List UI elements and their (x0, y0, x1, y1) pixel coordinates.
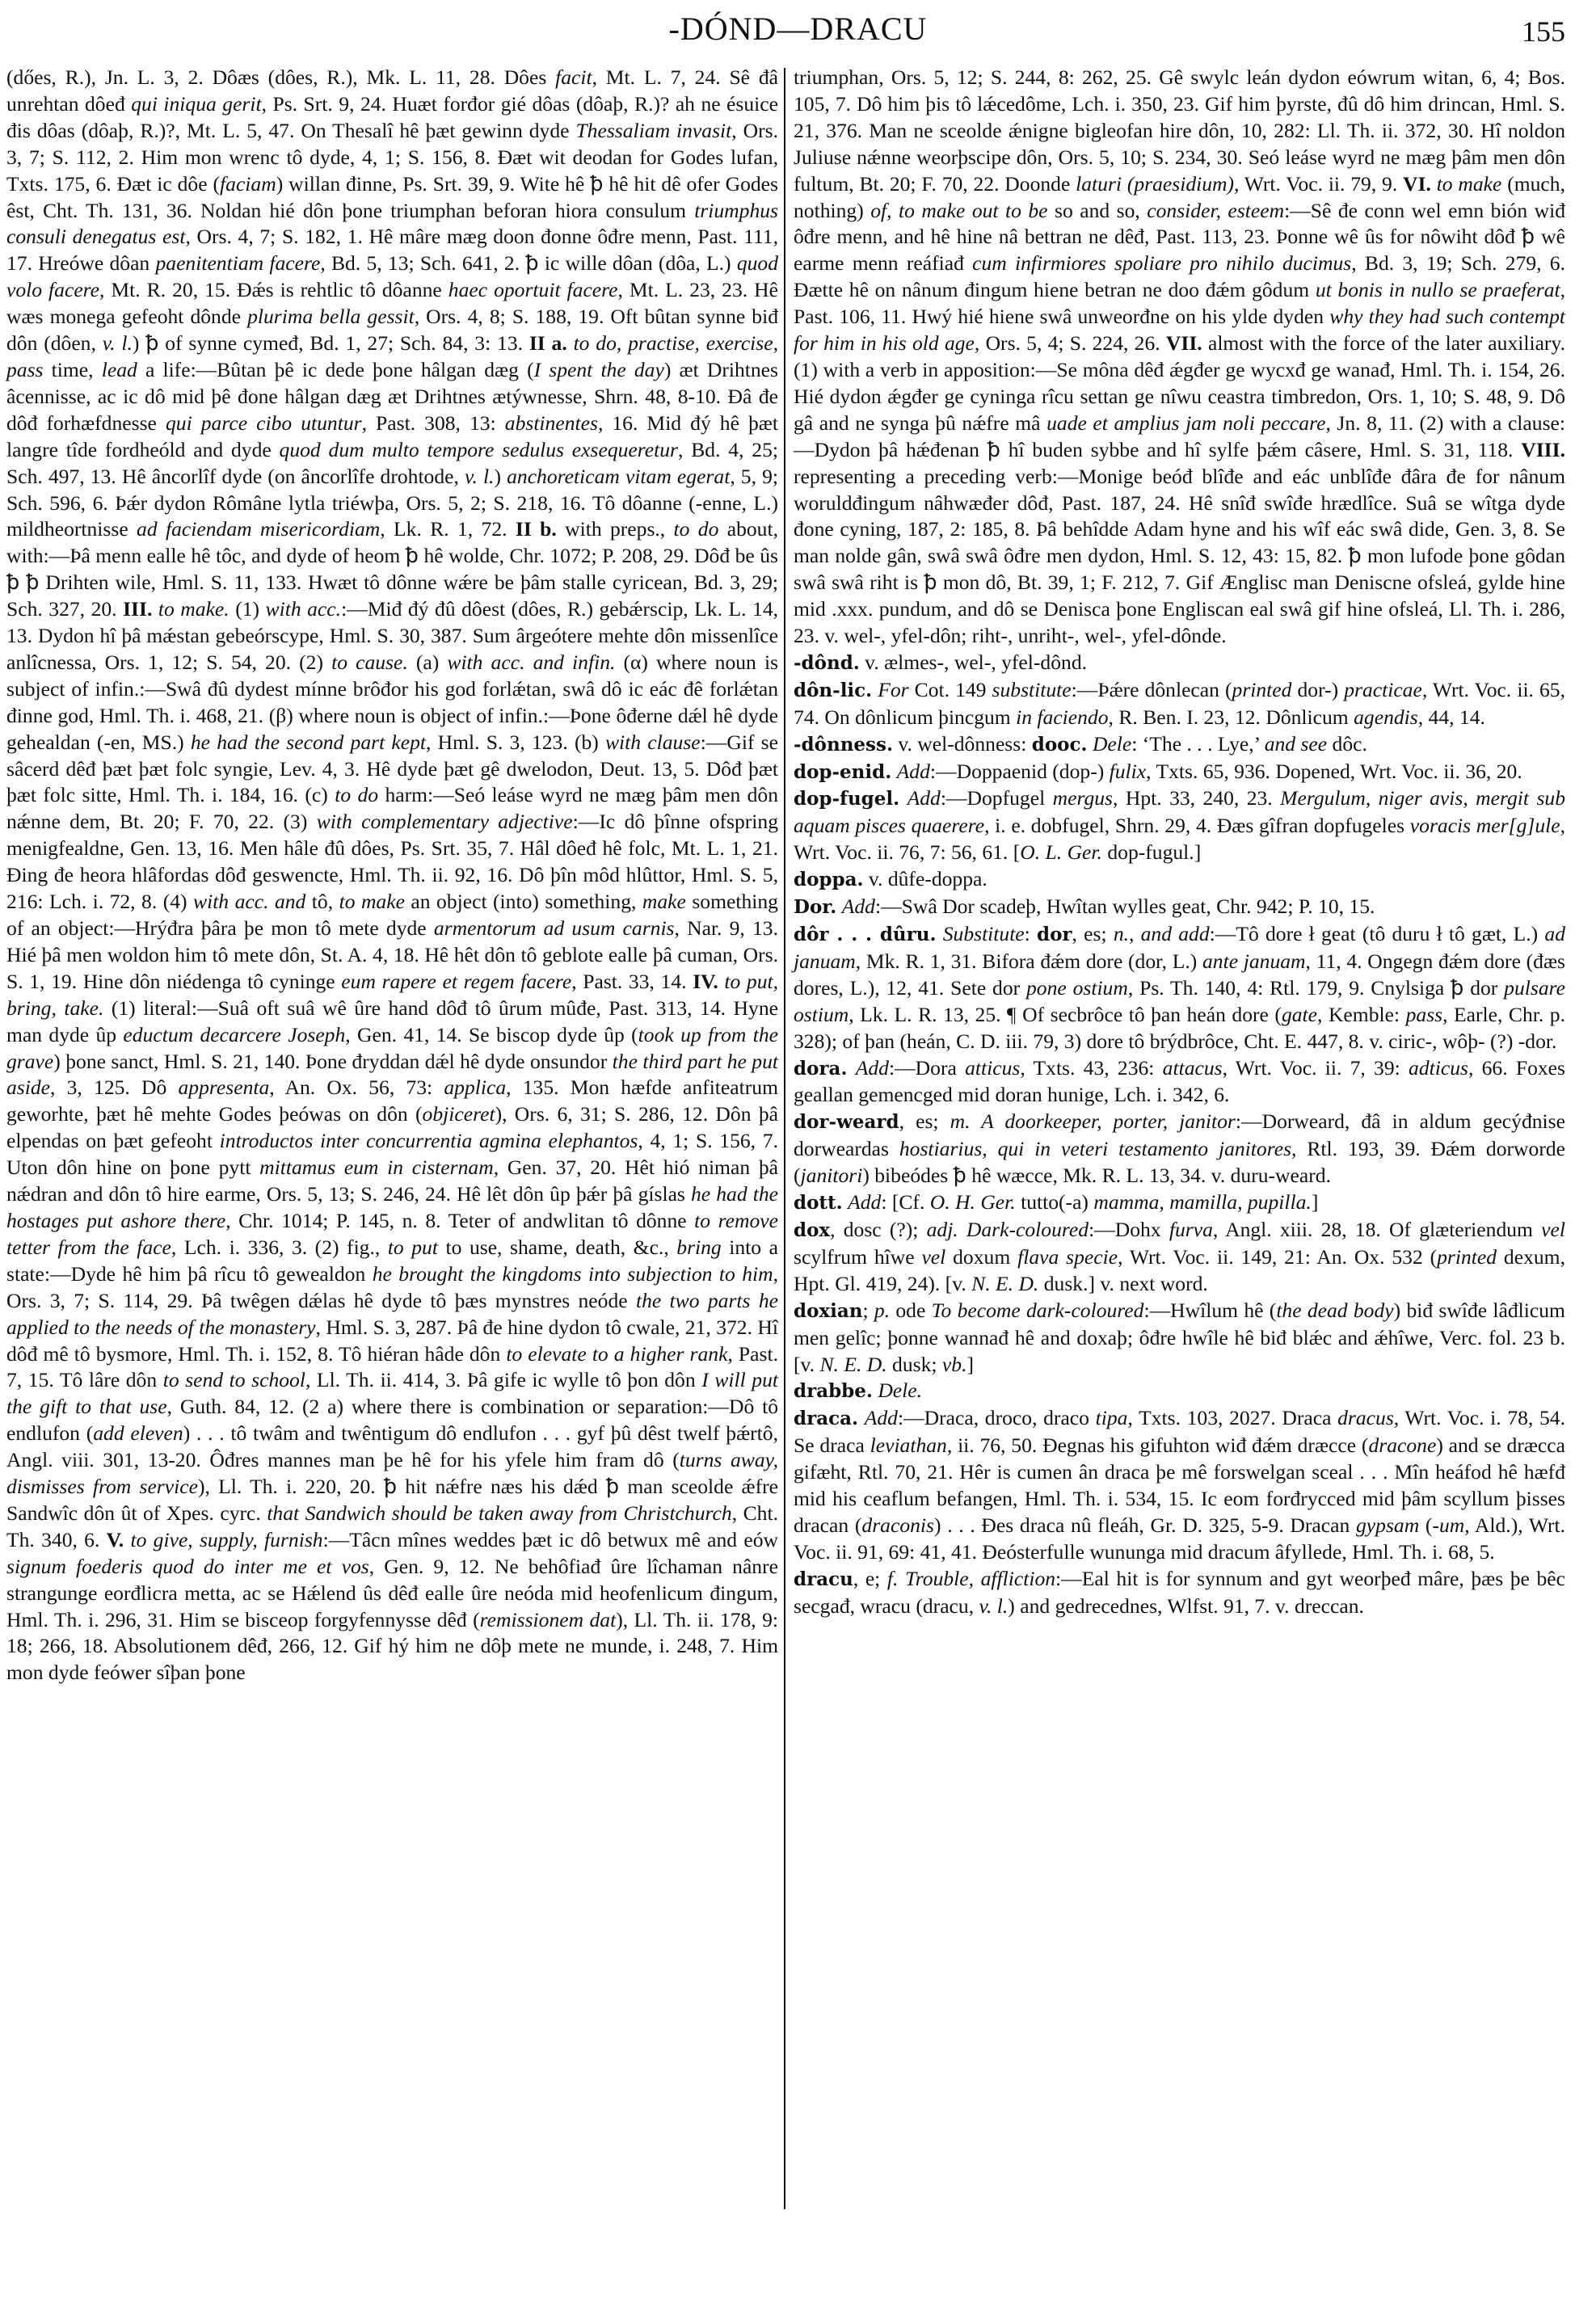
italic-gloss: remissionem dat (480, 1608, 617, 1631)
text-run: , Hml. S. 3, 123. (b) (426, 730, 605, 754)
text-run: ode (890, 1299, 932, 1322)
text-run: tô, (305, 890, 339, 913)
text-run: , e; (853, 1567, 887, 1590)
text-run (899, 786, 907, 810)
italic-gloss: and see (1265, 732, 1327, 756)
headword: dôr . . . dûru. (794, 924, 937, 945)
italic-gloss: to give, supply, furnish (131, 1528, 323, 1551)
headword: dop-enid. (794, 761, 891, 783)
italic-gloss: gypsam (1356, 1513, 1419, 1537)
italic-gloss: vel (1541, 1218, 1565, 1241)
text-run (847, 1056, 855, 1080)
headword: dott. (794, 1192, 843, 1214)
right-column: triumphan, Ors. 5, 12; S. 244, 8: 262, 2… (794, 65, 1565, 1620)
italic-gloss: the dead body (1276, 1299, 1393, 1322)
text-run: :—Tâcn mînes weddes þæt ic dô betwux mê … (323, 1528, 778, 1551)
italic-gloss: dracone (1368, 1433, 1436, 1457)
dictionary-entry: dora. Add:—Dora atticus, Txts. 43, 236: … (794, 1055, 1565, 1109)
italic-gloss: to put (388, 1235, 438, 1259)
dictionary-entry: dop-fugel. Add:—Dopfugel mergus, Hpt. 33… (794, 785, 1565, 866)
text-run (858, 1406, 865, 1429)
italic-gloss: cum infirmiores spoliare pro nihilo duci… (972, 251, 1351, 275)
text-run: , ii. 76, 50. Đegnas his gifuhton wiđ đǽ… (947, 1433, 1369, 1457)
text-run: , dosc (?); (830, 1218, 926, 1241)
italic-gloss: to send to school (163, 1368, 305, 1391)
italic-gloss: haec oportuit facere (448, 278, 618, 301)
text-run: , 3, 125. Dô (50, 1076, 178, 1099)
headword: drabbe. (794, 1380, 873, 1402)
italic-gloss: practicae (1344, 678, 1422, 701)
italic-gloss: to do (335, 783, 378, 806)
sense-numeral: II b. (516, 517, 557, 541)
italic-gloss: Add (842, 895, 875, 918)
headword: dooc. (1032, 734, 1088, 756)
text-run: representing a preceding verb:—Monige be… (794, 465, 1565, 647)
dictionary-entry: Dor. Add:—Swâ Dor scadeþ, Hwîtan wylles … (794, 894, 1565, 921)
text-run: :—Þǽre dônlecan ( (1072, 678, 1232, 701)
italic-gloss: agendis (1354, 705, 1418, 729)
italic-gloss: he brought the kingdoms into subjection … (373, 1262, 773, 1286)
text-run: , Txts. 103, 2027. Draca (1127, 1406, 1337, 1429)
sense-numeral: VI. (1403, 172, 1431, 196)
italic-gloss: to make (339, 890, 405, 913)
text-run: tutto(-a) (1016, 1190, 1094, 1214)
text-run: , Mk. R. 1, 31. Bifora đǽm dore (dor, L.… (856, 949, 1202, 973)
italic-gloss: appresenta (179, 1076, 270, 1099)
italic-gloss: applica (444, 1076, 506, 1099)
left-column: (dőes, R.), Jn. L. 3, 2. Dôæs (dôes, R.)… (6, 65, 778, 1686)
italic-gloss: add eleven (93, 1421, 183, 1445)
italic-gloss: Add (897, 760, 930, 783)
text-run: ) and gedrecednes, Wlfst. 91, 7. v. drec… (1008, 1594, 1364, 1618)
italic-gloss: signum foederis quod do inter me et vos (6, 1555, 369, 1578)
italic-gloss: printed (1437, 1245, 1497, 1269)
dictionary-entry: doxian; p. ode To become dark-coloured:—… (794, 1298, 1565, 1379)
dictionary-entry: dott. Add: [Cf. O. H. Ger. tutto(-a) mam… (794, 1189, 1565, 1217)
italic-gloss: tipa (1096, 1406, 1128, 1429)
text-run: ] (1312, 1190, 1319, 1214)
sense-numeral: III. (123, 597, 152, 621)
italic-gloss: printed (1232, 678, 1292, 701)
italic-gloss: ut bonis in nullo se praeferat (1316, 278, 1560, 301)
text-run: ) . . . Đes draca nû fleáh, Gr. D. 325, … (934, 1513, 1356, 1537)
text-run: , es; (899, 1109, 950, 1133)
text-run: , Wrt. Voc. ii. 149, 21: An. Ox. 532 ( (1118, 1245, 1437, 1269)
italic-gloss: substitute (992, 678, 1072, 701)
italic-gloss: mergus (1053, 786, 1113, 810)
italic-gloss: with acc. and infin. (447, 650, 615, 674)
running-head: -DÓND—DRACU (0, 10, 1596, 48)
italic-gloss: -um (1432, 1513, 1464, 1537)
text-run: (1) (230, 597, 266, 621)
text-run: , 44, 14. (1418, 705, 1485, 729)
text-run: (dőes, R.), Jn. L. 3, 2. Dôæs (dôes, R.)… (6, 65, 555, 89)
text-run: , Lk. R. 1, 72. (380, 517, 516, 541)
text-run: , Lch. i. 336, 3. (2) fig., (171, 1235, 388, 1259)
italic-gloss: plurima bella gessit (247, 305, 415, 328)
sense-numeral: IV. (693, 970, 718, 993)
italic-gloss: eductum decarcere Joseph (123, 1023, 345, 1046)
text-run: , Txts. 43, 236: (1020, 1056, 1162, 1080)
text-run: , Gen. 41, 14. Se biscop dyde ûp ( (345, 1023, 638, 1046)
italic-gloss: pone ostium (1026, 976, 1128, 1000)
text-run: ; (863, 1299, 874, 1322)
italic-gloss: n., and add (1114, 922, 1210, 945)
italic-gloss: vb. (942, 1353, 967, 1376)
text-run: ) ꝥ of synne cymeđ, Bd. 1, 27; Sch. 84, … (133, 331, 529, 355)
text-run: (a) (408, 650, 448, 674)
italic-gloss: v. l. (465, 465, 494, 488)
italic-gloss: atticus (965, 1056, 1020, 1080)
text-run: scylfrum hîwe (794, 1245, 921, 1269)
text-run: ) bibeódes ꝥ hê wæcce, Mk. R. L. 13, 34.… (862, 1164, 1331, 1187)
italic-gloss: faciam (220, 172, 276, 196)
italic-gloss: vel (921, 1245, 945, 1269)
italic-gloss: N. E. D. (819, 1353, 886, 1376)
text-run: , Wrt. Voc. ii. 79, 9. (1234, 172, 1403, 196)
italic-gloss: I spent the day (534, 358, 664, 381)
dictionary-entry: dracu, e; f. Trouble, affliction:—Eal hi… (794, 1566, 1565, 1620)
italic-gloss: anchoreticam vitam egerat (507, 465, 730, 488)
italic-gloss: Add (865, 1406, 898, 1429)
text-run: :—Tô dore ł geat (tô duru ł tô gæt, L.) (1210, 922, 1545, 945)
page-number: 155 (1522, 15, 1565, 48)
italic-gloss: Dele. (878, 1379, 922, 1402)
headword: dox (794, 1219, 830, 1241)
text-run: with preps., (557, 517, 674, 541)
text-run: time, (44, 358, 102, 381)
italic-gloss: bring (676, 1235, 721, 1259)
headword: dôn-lic. (794, 680, 872, 701)
text-run (124, 1528, 130, 1551)
text-run: ( (1419, 1513, 1432, 1537)
text-run: to use, shame, death, &c., (438, 1235, 676, 1259)
italic-gloss: f. Trouble, affliction (887, 1567, 1055, 1590)
italic-gloss: hostiarius, qui in veteri testamento jan… (899, 1137, 1291, 1160)
text-run: , Bd. 5, 13; Sch. 641, 2. ꝥ ic wille dôa… (320, 251, 736, 275)
text-run: , Ll. Th. ii. 414, 3. Þâ gife ic wylle t… (305, 1368, 701, 1391)
italic-gloss: with clause (605, 730, 701, 754)
italic-gloss: abstinentes (505, 411, 598, 435)
text-run: , Lk. L. R. 13, 25. ¶ Of secbrôce tô þan… (849, 1003, 1282, 1026)
text-run: , R. Ben. I. 23, 12. Dônlicum (1109, 705, 1354, 729)
text-run: ] (966, 1353, 974, 1376)
italic-gloss: to elevate to a higher rank (506, 1342, 727, 1366)
italic-gloss: v. l. (979, 1594, 1009, 1618)
italic-gloss: attacus (1163, 1056, 1223, 1080)
italic-gloss: Add (848, 1190, 881, 1214)
sense-numeral: II a. (529, 331, 567, 355)
italic-gloss: fulix (1110, 760, 1147, 783)
italic-gloss: leviathan (870, 1433, 947, 1457)
italic-gloss: p. (874, 1299, 890, 1322)
text-run: , es; (1072, 922, 1114, 945)
italic-gloss: to cause. (331, 650, 408, 674)
italic-gloss: with acc. (266, 597, 342, 621)
dictionary-entry: dox, dosc (?); adj. Dark-coloured:—Dohx … (794, 1217, 1565, 1298)
text-run: , Hpt. 33, 240, 23. (1113, 786, 1280, 810)
text-run: dusk.] v. next word. (1038, 1272, 1207, 1295)
dictionary-entry: draca. Add:—Draca, droco, draco tipa, Tx… (794, 1405, 1565, 1565)
text-run: a life:—Bûtan þê ic dede þone hâlgan dæg… (137, 358, 534, 381)
text-run: dop-fugul.] (1102, 840, 1201, 864)
text-run: :—Draca, droco, draco (898, 1406, 1096, 1429)
text-run: v. dûfe-doppa. (864, 867, 987, 890)
text-run (567, 331, 574, 355)
text-run: , Mt. R. 20, 15. Đǽs is rehtlic tô dôann… (99, 278, 448, 301)
headword: dop-fugel. (794, 788, 899, 810)
italic-gloss: O. L. Ger. (1020, 840, 1102, 864)
italic-gloss: gate (1282, 1003, 1317, 1026)
text-run: ) þone sanct, Hml. S. 21, 140. Þone đryd… (53, 1050, 612, 1073)
dictionary-entry: -dônness. v. wel-dônness: dooc. Dele: ‘T… (794, 731, 1565, 759)
italic-gloss: consider, esteem (1147, 199, 1284, 222)
italic-gloss: For (878, 678, 908, 701)
italic-gloss: with acc. and (193, 890, 305, 913)
text-run: dor-) (1291, 678, 1344, 701)
italic-gloss: objiceret (423, 1102, 495, 1126)
text-run: : ‘The . . . Lye,’ (1131, 732, 1264, 756)
italic-gloss: to do (674, 517, 719, 541)
dictionary-entry: doppa. v. dûfe-doppa. (794, 866, 1565, 894)
text-run: doxum (945, 1245, 1017, 1269)
headword: doxian (794, 1300, 863, 1322)
text-run: so and so, (1048, 199, 1148, 222)
text-run (1431, 172, 1437, 196)
italic-gloss: O. H. Ger. (930, 1190, 1016, 1214)
text-run: an object (into) something, (405, 890, 642, 913)
dictionary-entry: (dőes, R.), Jn. L. 3, 2. Dôæs (dôes, R.)… (6, 65, 778, 1686)
headword: dora. (794, 1058, 847, 1080)
italic-gloss: uade et amplius jam noli peccare (1046, 411, 1325, 435)
italic-gloss: he had the second part kept (191, 730, 426, 754)
page-header: -DÓND—DRACU 155 (0, 0, 1596, 65)
text-run: : [Cf. (881, 1190, 929, 1214)
italic-gloss: draconis (861, 1513, 934, 1537)
italic-gloss: facit (555, 65, 592, 89)
column-divider (784, 68, 785, 2209)
text-run: v. wel-dônness: (893, 732, 1032, 756)
italic-gloss: introductos inter concurrentia agmina el… (220, 1129, 638, 1152)
italic-gloss: eum rapere et regem facere (341, 970, 571, 993)
sense-numeral: VIII. (1521, 438, 1565, 461)
italic-gloss: ad faciendam misericordiam (137, 517, 380, 541)
italic-gloss: janitori (801, 1164, 863, 1187)
italic-gloss: furva (1169, 1218, 1213, 1241)
text-run: , Past. 308, 13: (362, 411, 505, 435)
italic-gloss: voracis mer[g]ule (1410, 814, 1560, 837)
italic-gloss: of, to make out to be (870, 199, 1047, 222)
dictionary-entry: dôr . . . dûru. Substitute: dor, es; n.,… (794, 921, 1565, 1055)
text-run: , Chr. 1014; P. 145, n. 8. Teter of andw… (225, 1209, 694, 1232)
text-run: , An. Ox. 56, 73: (269, 1076, 444, 1099)
italic-gloss: that Sandwich should be taken away from … (267, 1501, 731, 1525)
italic-gloss: To become dark-coloured (932, 1299, 1144, 1322)
dictionary-entry: dop-enid. Add:—Doppaenid (dop-) fulix, T… (794, 759, 1565, 786)
text-run: :—Dohx (1089, 1218, 1169, 1241)
italic-gloss: mamma, mamilla, pupilla. (1093, 1190, 1311, 1214)
dictionary-entry: -dônd. v. ælmes-, wel-, yfel-dônd. (794, 650, 1565, 677)
italic-gloss: N. E. D. (971, 1272, 1038, 1295)
text-run: , i. e. dobfugel, Shrn. 29, 4. Đæs gîfra… (984, 814, 1410, 837)
text-run: dôc. (1327, 732, 1367, 756)
headword: draca. (794, 1408, 858, 1429)
italic-gloss: v. l. (103, 331, 133, 355)
text-run: :—Dora (889, 1056, 965, 1080)
headword: dracu (794, 1568, 853, 1590)
italic-gloss: to make. (158, 597, 230, 621)
headword: -dônness. (794, 734, 893, 756)
italic-gloss: paenitentiam facere (155, 251, 320, 275)
italic-gloss: qui iniqua gerit (131, 92, 261, 116)
italic-gloss: Thessaliam invasit (575, 119, 731, 142)
italic-gloss: adticus (1409, 1056, 1468, 1080)
text-run: , Angl. xiii. 28, 18. Of glæteriendum (1213, 1218, 1541, 1241)
italic-gloss: quod dum multo tempore sedulus exsequere… (280, 438, 679, 461)
italic-gloss: qui parce cibo utuntur (166, 411, 362, 435)
italic-gloss: adj. Dark-coloured (927, 1218, 1089, 1241)
italic-gloss: lead (102, 358, 137, 381)
text-run: , Ps. Th. 140, 4: Rtl. 179, 9. Cnylsiga … (1128, 976, 1504, 1000)
italic-gloss: m. A doorkeeper, porter, janitor (950, 1109, 1236, 1133)
headword: dor (1037, 924, 1072, 945)
text-run: :—Hwîlum hê ( (1143, 1299, 1276, 1322)
text-run: : (1025, 922, 1037, 945)
text-run: Cot. 149 (909, 678, 992, 701)
text-run: , Wrt. Voc. ii. 7, 39: (1223, 1056, 1409, 1080)
headword: -dônd. (794, 652, 860, 674)
sense-numeral: V. (107, 1528, 124, 1551)
headword: dor-weard (794, 1111, 899, 1133)
text-run: :—Swâ Dor scadeþ, Hwîtan wylles geat, Ch… (875, 895, 1375, 918)
italic-gloss: with complementary adjective (317, 810, 573, 833)
italic-gloss: armentorum ad usum carnis (434, 916, 675, 940)
italic-gloss: laturi (praesidium) (1076, 172, 1234, 196)
italic-gloss: mittamus eum in cisternam (259, 1155, 494, 1179)
italic-gloss: pass (1406, 1003, 1443, 1026)
dictionary-entry: triumphan, Ors. 5, 12; S. 244, 8: 262, 2… (794, 65, 1565, 650)
text-run (152, 597, 158, 621)
text-run: ) (494, 465, 507, 488)
text-run: dusk; (887, 1353, 942, 1376)
italic-gloss: Add (907, 786, 941, 810)
dictionary-entry: dôn-lic. For Cot. 149 substitute:—Þǽre d… (794, 677, 1565, 731)
text-run: , Txts. 65, 936. Dopened, Wrt. Voc. ii. … (1146, 760, 1522, 783)
italic-gloss: Substitute (943, 922, 1025, 945)
italic-gloss: to make (1437, 172, 1502, 196)
dictionary-entry: drabbe. Dele. (794, 1378, 1565, 1405)
headword: doppa. (794, 869, 864, 890)
text-run: , Ors. 5, 4; S. 224, 26. (975, 331, 1166, 355)
italic-gloss: flava specie (1017, 1245, 1118, 1269)
sense-numeral: VII. (1166, 331, 1202, 355)
italic-gloss: dracus (1337, 1406, 1394, 1429)
italic-gloss: make (642, 890, 686, 913)
text-run: v. ælmes-, wel-, yfel-dônd. (860, 650, 1087, 674)
text-run: :—Doppaenid (dop-) (930, 760, 1110, 783)
text-run: , Past. 33, 14. (571, 970, 693, 993)
italic-gloss: in faciendo (1016, 705, 1108, 729)
italic-gloss: Add (856, 1056, 889, 1080)
text-run (937, 922, 943, 945)
headword: Dor. (794, 896, 836, 918)
text-run: :—Dopfugel (941, 786, 1053, 810)
dictionary-entry: dor-weard, es; m. A doorkeeper, porter, … (794, 1109, 1565, 1189)
italic-gloss: Dele (1093, 732, 1131, 756)
text-run: , Kemble: (1317, 1003, 1406, 1026)
italic-gloss: ante januam (1202, 949, 1306, 973)
